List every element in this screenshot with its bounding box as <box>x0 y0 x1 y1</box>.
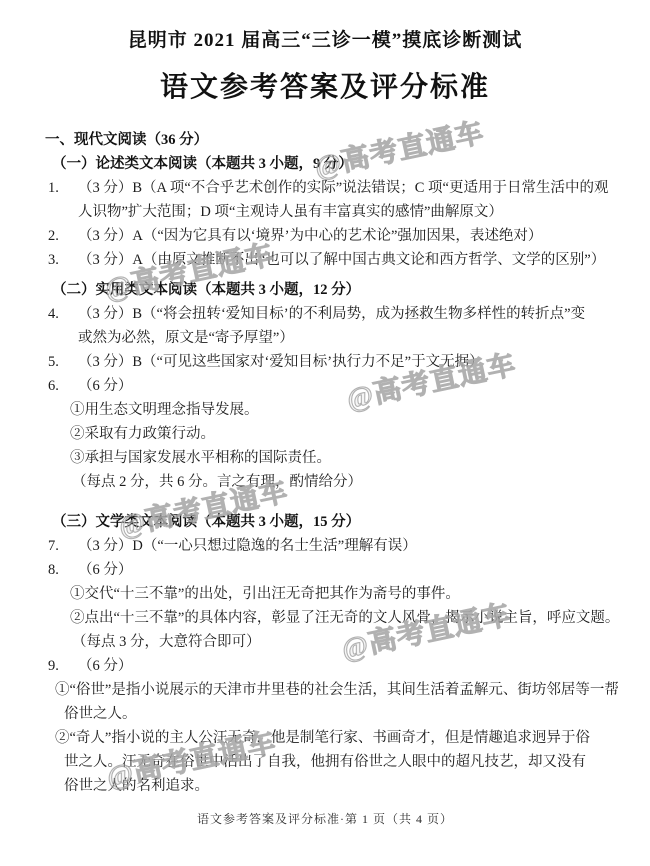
answer-text: 或然为必然，原文是“寄予厚望”） <box>78 330 294 346</box>
answer-line: ②采取有力政策行动。 <box>45 422 615 446</box>
answer-line: 4.（3 分）B（“将会扭转‘爱知目标’的不利局势，成为拯救生物多样性的转折点”… <box>45 302 615 326</box>
answer-line: ①用生态文明理念指导发展。 <box>45 398 615 422</box>
answer-text: （每点 3 分，大意符合即可） <box>72 634 261 650</box>
question-number: 2. <box>48 224 59 248</box>
answer-line: ②“奇人”指小说的主人公汪无奇，他是制笔行家、书画奇才，但是情趣追求迥异于俗 <box>45 726 615 750</box>
document-subtitle: 语文参考答案及评分标准 <box>0 65 650 105</box>
answer-text: 俗世之人的名利追求。 <box>64 778 209 794</box>
answer-text: 俗世之人。 <box>64 706 137 722</box>
answer-line: ③承担与国家发展水平相称的国际责任。 <box>45 446 615 470</box>
question-number: 3. <box>48 248 59 272</box>
answer-text: 世之人。汪无奇在俗世中活出了自我，他拥有俗世之人眼中的超凡技艺，却又没有 <box>64 754 586 770</box>
answer-line: 2.（3 分）A（“因为它具有以‘境界’为中心的艺术论”强加因果，表述绝对） <box>45 224 615 248</box>
answer-text: （6 分） <box>78 562 132 578</box>
answer-text: （3 分）B（“将会扭转‘爱知目标’的不利局势，成为拯救生物多样性的转折点”变 <box>78 306 585 322</box>
answer-line: （每点 3 分，大意符合即可） <box>45 630 615 654</box>
answer-text: （3 分）A（由原文推断不出“也可以了解中国古典文论和西方哲学、文学的区别”） <box>78 252 605 268</box>
answer-text: ①“俗世”是指小说展示的天津市井里巷的社会生活，其间生活着孟解元、街坊邻居等一帮 <box>55 682 619 698</box>
answer-text: （三）文学类文本阅读（本题共 3 小题，15 分） <box>52 514 360 530</box>
answer-line: ②点出“十三不靠”的具体内容，彰显了汪无奇的文人风骨，揭示小说主旨，呼应文题。 <box>45 606 615 630</box>
question-number: 8. <box>48 558 59 582</box>
answer-line: （二）实用类文本阅读（本题共 3 小题，12 分） <box>45 278 615 302</box>
answer-text: ②采取有力政策行动。 <box>70 426 215 442</box>
answer-text: （3 分）B（A 项“不合乎艺术创作的实际”说法错误；C 项“更适用于日常生活中… <box>78 180 608 196</box>
answer-text: ①交代“十三不靠”的出处，引出汪无奇把其作为斋号的事件。 <box>70 586 460 602</box>
answer-line: ①交代“十三不靠”的出处，引出汪无奇把其作为斋号的事件。 <box>45 582 615 606</box>
answer-text: ③承担与国家发展水平相称的国际责任。 <box>70 450 331 466</box>
answer-lines: 一、现代文阅读（36 分）（一）论述类文本阅读（本题共 3 小题，9 分）1.（… <box>45 128 615 798</box>
answer-text: （二）实用类文本阅读（本题共 3 小题，12 分） <box>52 282 360 298</box>
answer-line: 一、现代文阅读（36 分） <box>45 128 615 152</box>
answer-text: ②点出“十三不靠”的具体内容，彰显了汪无奇的文人风骨，揭示小说主旨，呼应文题。 <box>70 610 619 626</box>
answer-text: （3 分）A（“因为它具有以‘境界’为中心的艺术论”强加因果，表述绝对） <box>78 228 542 244</box>
answer-line: 9.（6 分） <box>45 654 615 678</box>
question-number: 9. <box>48 654 59 678</box>
answer-line: （三）文学类文本阅读（本题共 3 小题，15 分） <box>45 510 615 534</box>
answer-text: ②“奇人”指小说的主人公汪无奇，他是制笔行家、书画奇才，但是情趣追求迥异于俗 <box>55 730 590 746</box>
question-number: 7. <box>48 534 59 558</box>
answer-text: （3 分）B（“可见这些国家对‘爱知目标’执行力不足”于文无据） <box>78 354 484 370</box>
question-number: 1. <box>48 176 59 200</box>
page-footer: 语文参考答案及评分标准·第 1 页（共 4 页） <box>0 810 650 827</box>
answer-text: 一、现代文阅读（36 分） <box>45 132 208 148</box>
answer-line: 人识物”扩大范围；D 项“主观诗人虽有丰富真实的感情”曲解原文） <box>45 200 615 224</box>
answer-line: （每点 2 分，共 6 分。言之有理，酌情给分） <box>45 470 615 494</box>
answer-line: 7.（3 分）D（“一心只想过隐逸的名士生活”理解有误） <box>45 534 615 558</box>
answer-line: 或然为必然，原文是“寄予厚望”） <box>45 326 615 350</box>
question-number: 5. <box>48 350 59 374</box>
answer-text: 人识物”扩大范围；D 项“主观诗人虽有丰富真实的感情”曲解原文） <box>78 204 503 220</box>
answer-line: 3.（3 分）A（由原文推断不出“也可以了解中国古典文论和西方哲学、文学的区别”… <box>45 248 615 272</box>
document-page: 昆明市 2021 届高三“三诊一模”摸底诊断测试 语文参考答案及评分标准 一、现… <box>0 0 650 866</box>
answer-line: 1.（3 分）B（A 项“不合乎艺术创作的实际”说法错误；C 项“更适用于日常生… <box>45 176 615 200</box>
answer-line: 俗世之人的名利追求。 <box>45 774 615 798</box>
question-number: 4. <box>48 302 59 326</box>
answer-line: 8.（6 分） <box>45 558 615 582</box>
answer-text: ①用生态文明理念指导发展。 <box>70 402 259 418</box>
answer-text: （6 分） <box>78 658 132 674</box>
question-number: 6. <box>48 374 59 398</box>
answer-line: （一）论述类文本阅读（本题共 3 小题，9 分） <box>45 152 615 176</box>
answer-line: ①“俗世”是指小说展示的天津市井里巷的社会生活，其间生活着孟解元、街坊邻居等一帮 <box>45 678 615 702</box>
answer-line: 6.（6 分） <box>45 374 615 398</box>
answer-line: 俗世之人。 <box>45 702 615 726</box>
answer-line: 5.（3 分）B（“可见这些国家对‘爱知目标’执行力不足”于文无据） <box>45 350 615 374</box>
document-title: 昆明市 2021 届高三“三诊一模”摸底诊断测试 <box>0 0 650 52</box>
answer-text: （6 分） <box>78 378 132 394</box>
answer-text: （每点 2 分，共 6 分。言之有理，酌情给分） <box>72 474 362 490</box>
answer-line: 世之人。汪无奇在俗世中活出了自我，他拥有俗世之人眼中的超凡技艺，却又没有 <box>45 750 615 774</box>
answer-text: （一）论述类文本阅读（本题共 3 小题，9 分） <box>52 156 353 172</box>
answer-text: （3 分）D（“一心只想过隐逸的名士生活”理解有误） <box>78 538 417 554</box>
